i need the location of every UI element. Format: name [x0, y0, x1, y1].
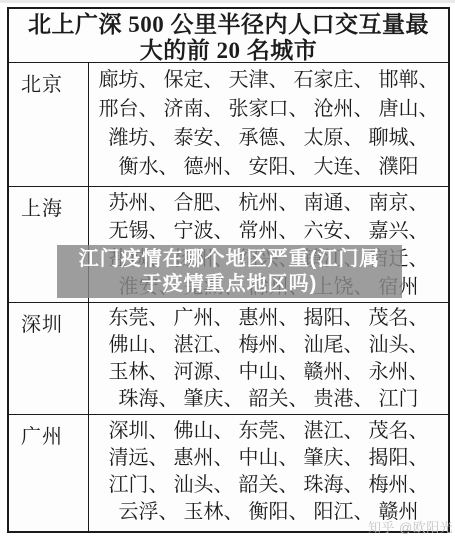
city-line: 无锡、 宁波、 常州、 六安、 嘉兴、 — [89, 217, 448, 245]
photo-edge — [0, 0, 455, 3]
city-line: 江门、 汕头、 韶关、 珠海、 梅州、 — [89, 472, 448, 499]
table-row-beijing: 北京 廊坊、 保定、 天津、 石家庄、 邯郸、 邢台、 济南、 张家口、 沧州、… — [9, 63, 448, 187]
table-title-line2: 大的前 20 名城市 — [9, 38, 448, 64]
table-row-shenzhen: 深圳 东莞、 广州、 惠州、 揭阳、 茂名、 佛山、 湛江、 梅州、 汕尾、 汕… — [9, 303, 448, 415]
city-line: 清远、 惠州、 中山、 肇庆、 揭阳、 — [89, 445, 448, 472]
city-line: 珠海、 肇庆、 韶关、 贵港、 江门 — [89, 386, 448, 413]
city-line: 苏州、 合肥、 杭州、 南通、 南京、 — [89, 189, 448, 217]
city-line: 深圳、 佛山、 东莞、 湛江、 茂名、 — [89, 418, 448, 445]
city-line: 廊坊、 保定、 天津、 石家庄、 邯郸、 — [89, 66, 448, 95]
overlay-title-line2: 于疫情重点地区吗) — [57, 272, 402, 297]
row-cities-guangzhou: 深圳、 佛山、 东莞、 湛江、 茂名、 清远、 惠州、 中山、 肇庆、 揭阳、 … — [89, 415, 448, 531]
city-line: 衡水、 德州、 安阳、 大连、 濮阳 — [89, 153, 448, 182]
row-label-guangzhou: 广州 — [9, 415, 89, 531]
zhihu-watermark: 知乎 @欧阳光 — [368, 517, 453, 536]
row-cities-beijing: 廊坊、 保定、 天津、 石家庄、 邯郸、 邢台、 济南、 张家口、 沧州、 唐山… — [89, 63, 448, 186]
table-title-line1: 北上广深 500 公里半径内人口交互量最 — [9, 12, 448, 38]
row-cities-shenzhen: 东莞、 广州、 惠州、 揭阳、 茂名、 佛山、 湛江、 梅州、 汕尾、 汕头、 … — [89, 303, 448, 414]
table-row-guangzhou: 广州 深圳、 佛山、 东莞、 湛江、 茂名、 清远、 惠州、 中山、 肇庆、 揭… — [9, 415, 448, 531]
city-line: 东莞、 广州、 惠州、 揭阳、 茂名、 — [89, 305, 448, 332]
city-line: 潍坊、 泰安、 承德、 太原、 聊城、 — [89, 124, 448, 153]
city-line: 佛山、 湛江、 梅州、 汕尾、 汕头、 — [89, 332, 448, 359]
city-line: 玉林、 河源、 中山、 赣州、 永州、 — [89, 359, 448, 386]
city-line: 邢台、 济南、 张家口、 沧州、 唐山、 — [89, 95, 448, 124]
row-label-shenzhen: 深圳 — [9, 303, 89, 414]
table-title: 北上广深 500 公里半径内人口交互量最 大的前 20 名城市 — [9, 9, 448, 63]
overlay-title-line1: 江门疫情在哪个地区严重(江门属 — [57, 246, 402, 272]
article-title-overlay: 江门疫情在哪个地区严重(江门属 于疫情重点地区吗) — [57, 245, 402, 298]
row-label-beijing: 北京 — [9, 63, 89, 186]
